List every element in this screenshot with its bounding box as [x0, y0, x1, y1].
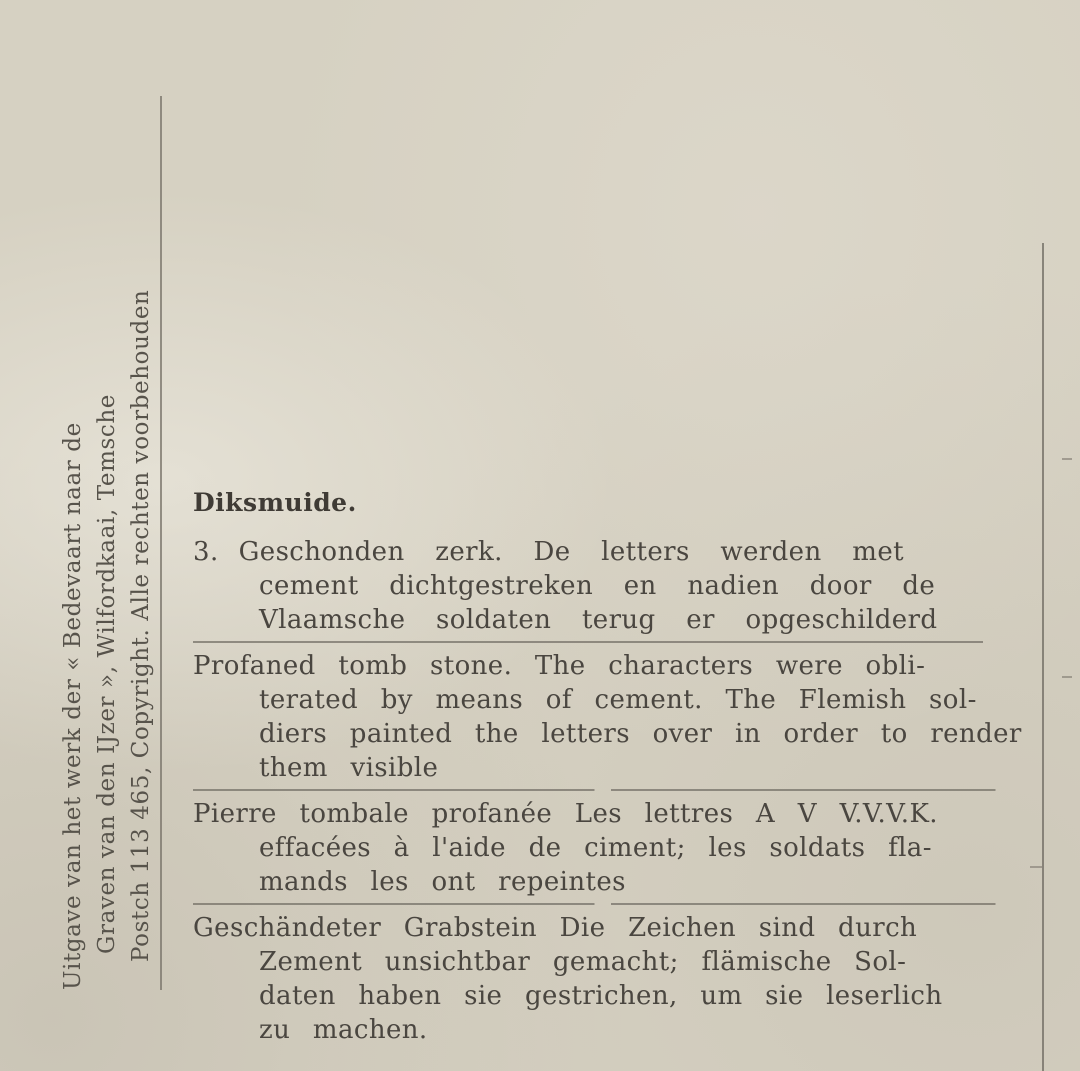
- caption-dutch-first-line: 3.Geschonden zerk. De letters werden met: [193, 535, 1029, 569]
- caption-french-line: effacées à l'aide de ciment; les soldats…: [193, 831, 1029, 865]
- caption-german: Geschändeter Grabstein Die Zeichen sind …: [193, 911, 1029, 1047]
- caption-french: Pierre tombale profanée Les lettres A V …: [193, 797, 1029, 899]
- section-divider: [193, 789, 1029, 791]
- right-border-rule: [1042, 243, 1044, 1071]
- imprint-line-publisher: Uitgave van het werk der « Bedevaart naa…: [56, 90, 90, 990]
- caption-english: Profaned tomb stone. The characters were…: [193, 649, 1029, 785]
- caption-german-line: zu machen.: [193, 1013, 1029, 1047]
- caption-english-line: them visible: [193, 751, 1029, 785]
- caption-number: 3.: [193, 537, 219, 567]
- section-divider: [193, 641, 983, 643]
- caption-dutch-line: cement dichtgestreken en nadien door de: [193, 569, 1029, 603]
- imprint-line-copyright: Postch 113 465, Copyright. Alle rechten …: [124, 90, 158, 990]
- imprint-line-address: Graven van den IJzer », Wilfordkaai, Tem…: [90, 90, 124, 990]
- caption-dutch-line: Vlaamsche soldaten terug er opgeschilder…: [193, 603, 1029, 637]
- border-tick: [1030, 866, 1042, 868]
- caption-french-line: mands les ont repeintes: [193, 865, 1029, 899]
- caption: Diksmuide. 3.Geschonden zerk. De letters…: [193, 488, 1029, 1047]
- caption-french-first-line: Pierre tombale profanée Les lettres A V …: [193, 797, 1029, 831]
- imprint-divider: [160, 96, 162, 990]
- caption-german-first-line: Geschändeter Grabstein Die Zeichen sind …: [193, 911, 1029, 945]
- caption-german-line: daten haben sie gestrichen, um sie leser…: [193, 979, 1029, 1013]
- caption-english-line: terated by means of cement. The Flemish …: [193, 683, 1029, 717]
- border-tick: [1062, 458, 1072, 460]
- publisher-imprint: Uitgave van het werk der « Bedevaart naa…: [56, 90, 158, 990]
- caption-english-first-line: Profaned tomb stone. The characters were…: [193, 649, 1029, 683]
- caption-english-line: diers painted the letters over in order …: [193, 717, 1029, 751]
- caption-dutch: 3.Geschonden zerk. De letters werden met…: [193, 535, 1029, 637]
- caption-german-line: Zement unsichtbar gemacht; flämische Sol…: [193, 945, 1029, 979]
- section-divider: [193, 903, 1029, 905]
- border-tick: [1062, 676, 1072, 678]
- place-title: Diksmuide.: [193, 488, 1029, 517]
